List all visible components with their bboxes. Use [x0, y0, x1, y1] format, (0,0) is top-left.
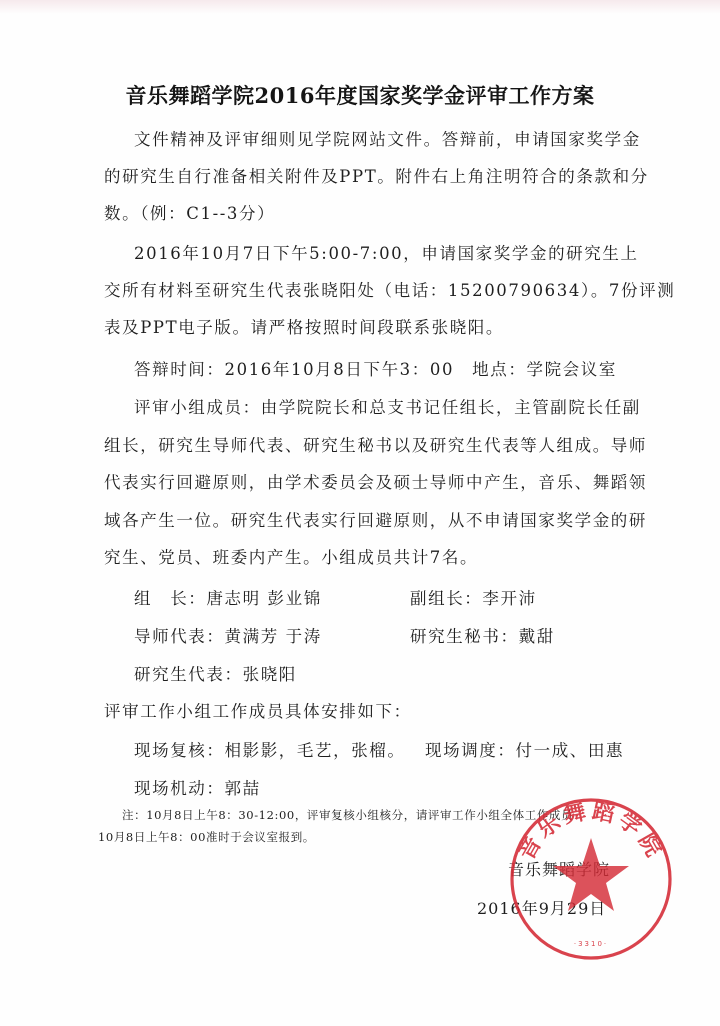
note-line-2: 10月8日上午8：00准时于会议室报到。 [98, 829, 315, 845]
onsite-mobile-value: 郭喆 [225, 779, 261, 798]
note-line-1: 注：10月8日上午8：30-12:00，评审复核小组核分，请评审工作小组全体工作… [122, 807, 573, 823]
member-student-rep: 研究生代表：张晓阳 [134, 661, 297, 685]
arrangement-onsite-dispatch: 现场调度：付一成、田惠 [425, 737, 624, 761]
paragraph-1-line-3: 数。（例：C1--3分） [104, 200, 275, 224]
arrangement-onsite-mobile: 现场机动：郭喆 [134, 775, 261, 799]
paragraph-4-line-4: 域各产生一位。研究生代表实行回避原则，从不申请国家奖学金的研 [104, 507, 647, 531]
member-deputy-leader-value: 李开沛 [482, 589, 536, 608]
seal-serial: ·3310· [574, 940, 608, 948]
onsite-review-label: 现场复核： [134, 741, 225, 760]
paragraph-4-line-3: 代表实行回避原则，由学术委员会及硕士导师中产生，音乐、舞蹈领 [104, 469, 647, 493]
member-leader: 组 长：唐志明 彭业锦 [134, 585, 322, 609]
defense-time-location: 答辩时间：2016年10月8日下午3：00 地点：学院会议室 [134, 356, 617, 380]
arrangement-onsite-review: 现场复核：相影影，毛艺，张榴。 [134, 737, 406, 761]
onsite-mobile-label: 现场机动： [134, 779, 225, 798]
scan-edge-tint [0, 0, 720, 14]
onsite-dispatch-value: 付一成、田惠 [516, 741, 625, 760]
document-title: 音乐舞蹈学院2016年度国家奖学金评审工作方案 [0, 80, 720, 110]
arrangement-heading: 评审工作小组工作成员具体安排如下： [104, 698, 412, 722]
member-student-rep-value: 张晓阳 [243, 665, 297, 684]
member-deputy-leader: 副组长：李开沛 [410, 585, 537, 609]
paragraph-2-line-1: 2016年10月7日下午5:00-7:00，申请国家奖学金的研究生上 [134, 240, 639, 264]
member-advisor-reps: 导师代表：黄满芳 于涛 [134, 623, 322, 647]
member-deputy-leader-label: 副组长： [410, 589, 482, 608]
signature-org: 音乐舞蹈学院 [508, 857, 610, 880]
member-grad-secretary: 研究生秘书：戴甜 [410, 623, 555, 647]
paragraph-4-line-5: 究生、党员、班委内产生。小组成员共计7名。 [104, 544, 478, 568]
member-leader-label: 组 长： [134, 589, 206, 608]
member-advisor-reps-label: 导师代表： [134, 627, 225, 646]
onsite-dispatch-label: 现场调度： [425, 741, 516, 760]
signature-date: 2016年9月29日 [477, 896, 606, 919]
member-student-rep-label: 研究生代表： [134, 665, 243, 684]
member-leader-value: 唐志明 彭业锦 [206, 589, 321, 608]
paragraph-4-line-2: 组长，研究生导师代表、研究生秘书以及研究生代表等人组成。导师 [104, 432, 647, 456]
paragraph-1-line-2: 的研究生自行准备相关附件及PPT。附件右上角注明符合的条款和分 [104, 163, 649, 187]
onsite-review-value: 相影影，毛艺，张榴。 [225, 741, 406, 760]
paragraph-1-line-1: 文件精神及评审细则见学院网站文件。答辩前，申请国家奖学金 [134, 126, 641, 150]
paragraph-2-line-3: 表及PPT电子版。请严格按照时间段联系张晓阳。 [104, 314, 504, 338]
document-page: 音乐舞蹈学院2016年度国家奖学金评审工作方案 文件精神及评审细则见学院网站文件… [0, 0, 720, 1026]
paragraph-2-line-2: 交所有材料至研究生代表张晓阳处（电话：15200790634）。7份评测 [104, 277, 675, 301]
member-grad-secretary-label: 研究生秘书： [410, 627, 519, 646]
paragraph-4-line-1: 评审小组成员：由学院院长和总支书记任组长，主管副院长任副 [134, 394, 641, 418]
member-advisor-reps-value: 黄满芳 于涛 [225, 627, 322, 646]
member-grad-secretary-value: 戴甜 [519, 627, 555, 646]
